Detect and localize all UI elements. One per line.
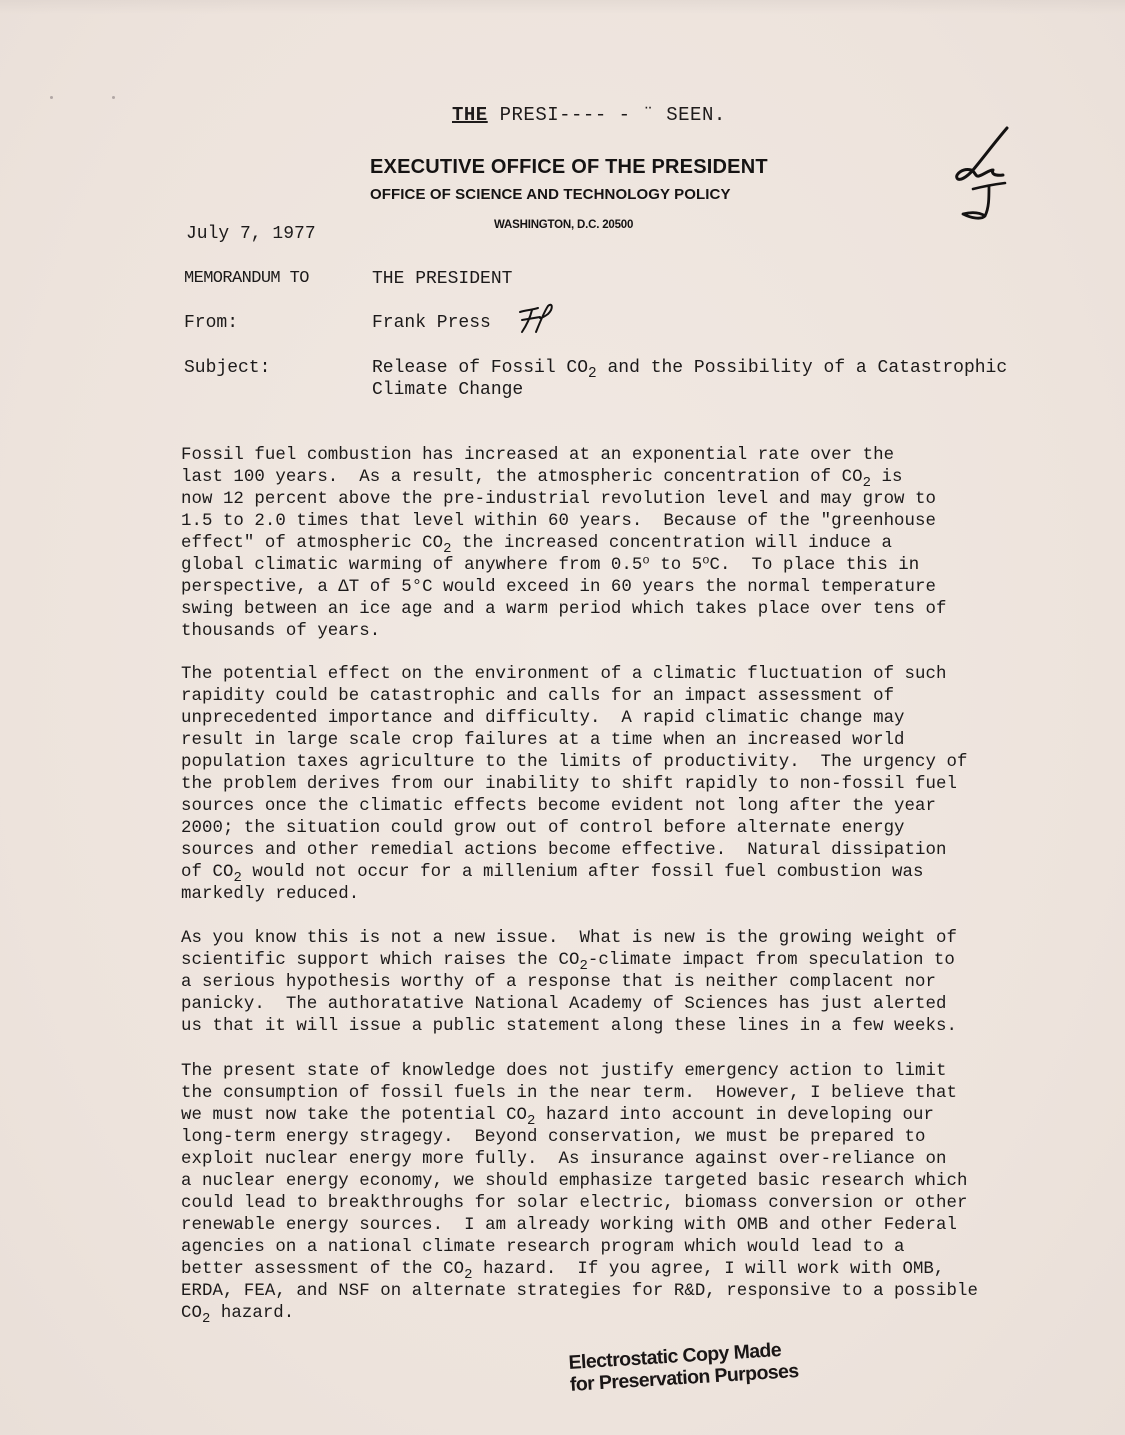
text-line: us that it will issue a public statement… xyxy=(181,1016,1041,1038)
president-seen-stamp: THE PRESI‐‐‐‐ ‐ ¨ SEEN. xyxy=(452,104,726,126)
punch-mark xyxy=(112,96,115,99)
memo-to-label: MEMORANDUM TO xyxy=(184,268,309,290)
subject-text: and the Possibility of a Catastrophic xyxy=(597,358,1007,378)
stamp-text: PRESI‐‐‐‐ ‐ ¨ SEEN. xyxy=(488,104,726,126)
text-line: we must now take the potential CO2 hazar… xyxy=(181,1105,1041,1127)
letterhead-address: WASHINGTON, D.C. 20500 xyxy=(494,219,633,231)
text-line: Fossil fuel combustion has increased at … xyxy=(181,445,1041,467)
text-run: we must now take the potential CO xyxy=(181,1106,527,1125)
text-line: swing between an ice age and a warm peri… xyxy=(181,599,1041,621)
text-run: better assessment of the CO xyxy=(181,1260,464,1279)
preservation-stamp: Electrostatic Copy Made for Preservation… xyxy=(568,1338,799,1396)
punch-mark xyxy=(50,96,53,99)
text-line: global climatic warming of anywhere from… xyxy=(181,555,1041,577)
text-line: CO2 hazard. xyxy=(181,1303,1041,1325)
text-line: ERDA, FEA, and NSF on alternate strategi… xyxy=(181,1281,1041,1303)
text-line: could lead to breakthroughs for solar el… xyxy=(181,1193,1041,1215)
text-run: hazard. xyxy=(210,1304,294,1323)
text-run: effect" of atmospheric CO xyxy=(181,534,443,553)
paragraph-3: As you know this is not a new issue. Wha… xyxy=(181,928,1041,1038)
subscript: 2 xyxy=(588,366,597,382)
text-run: hazard. If you agree, I will work with O… xyxy=(473,1260,945,1279)
text-line: exploit nuclear energy more fully. As in… xyxy=(181,1149,1041,1171)
text-line: thousands of years. xyxy=(181,621,1041,643)
text-line: long-term energy stragegy. Beyond conser… xyxy=(181,1127,1041,1149)
memo-subject-label: Subject: xyxy=(184,357,270,379)
text-line: result in large scale crop failures at a… xyxy=(181,730,1041,752)
text-line: scientific support which raises the CO2-… xyxy=(181,950,1041,972)
text-run: hazard into account in developing our xyxy=(535,1106,933,1125)
text-line: a serious hypothesis worthy of a respons… xyxy=(181,972,1041,994)
text-run: global climatic warming of anywhere from… xyxy=(181,556,642,575)
text-run: is xyxy=(871,468,902,487)
text-run: would not occur for a millenium after fo… xyxy=(242,863,924,882)
text-line: a nuclear energy economy, we should emph… xyxy=(181,1171,1041,1193)
memo-from-value: Frank Press xyxy=(372,312,491,334)
text-run: -climate impact from speculation to xyxy=(588,951,955,970)
text-line: The potential effect on the environment … xyxy=(181,664,1041,686)
memo-date: July 7, 1977 xyxy=(186,224,316,244)
text-line: better assessment of the CO2 hazard. If … xyxy=(181,1259,1041,1281)
text-line: effect" of atmospheric CO2 the increased… xyxy=(181,533,1041,555)
letterhead-ostp: OFFICE OF SCIENCE AND TECHNOLOGY POLICY xyxy=(370,186,731,203)
subject-text: Release of Fossil CO xyxy=(372,358,588,378)
paragraph-1: Fossil fuel combustion has increased at … xyxy=(181,445,1041,643)
paragraph-4: The present state of knowledge does not … xyxy=(181,1061,1041,1325)
superscript: o xyxy=(702,554,709,568)
text-line: the consumption of fossil fuels in the n… xyxy=(181,1083,1041,1105)
text-run: CO xyxy=(181,1304,202,1323)
text-line: unprecedented importance and difficulty.… xyxy=(181,708,1041,730)
handwritten-fp-initials-icon xyxy=(516,302,556,336)
memo-subject-line2: Climate Change xyxy=(372,379,523,401)
text-run: scientific support which raises the CO xyxy=(181,951,579,970)
paragraph-2: The potential effect on the environment … xyxy=(181,664,1041,906)
text-line: sources once the climatic effects become… xyxy=(181,796,1041,818)
text-line: population taxes agriculture to the limi… xyxy=(181,752,1041,774)
text-line: perspective, a ΔT of 5°C would exceed in… xyxy=(181,577,1041,599)
text-line: 1.5 to 2.0 times that level within 60 ye… xyxy=(181,511,1041,533)
text-run: the increased concentration will induce … xyxy=(452,534,892,553)
letterhead-executive-office: EXECUTIVE OFFICE OF THE PRESIDENT xyxy=(370,156,768,179)
text-line: renewable energy sources. I am already w… xyxy=(181,1215,1041,1237)
text-line: now 12 percent above the pre-industrial … xyxy=(181,489,1041,511)
text-line: The present state of knowledge does not … xyxy=(181,1061,1041,1083)
text-line: panicky. The authoratative National Acad… xyxy=(181,994,1041,1016)
text-line: last 100 years. As a result, the atmosph… xyxy=(181,467,1041,489)
memo-page: THE PRESI‐‐‐‐ ‐ ¨ SEEN. EXECUTIVE OFFICE… xyxy=(0,0,1125,1435)
text-run: C. To place this in xyxy=(710,556,920,575)
text-line: As you know this is not a new issue. Wha… xyxy=(181,928,1041,950)
text-run: last 100 years. As a result, the atmosph… xyxy=(181,468,863,487)
text-line: the problem derives from our inability t… xyxy=(181,774,1041,796)
memo-subject-value: Release of Fossil CO2 and the Possibilit… xyxy=(372,357,1007,379)
text-line: rapidity could be catastrophic and calls… xyxy=(181,686,1041,708)
text-line: of CO2 would not occur for a millenium a… xyxy=(181,862,1041,884)
memo-to-value: THE PRESIDENT xyxy=(372,268,512,290)
text-line: agencies on a national climate research … xyxy=(181,1237,1041,1259)
stamp-prefix: THE xyxy=(452,104,488,126)
memo-from-label: From: xyxy=(184,312,238,334)
superscript: o xyxy=(642,554,649,568)
handwritten-initials-icon xyxy=(945,120,1025,230)
text-line: markedly reduced. xyxy=(181,884,1041,906)
text-line: 2000; the situation could grow out of co… xyxy=(181,818,1041,840)
text-run: to 5 xyxy=(650,556,702,575)
text-line: sources and other remedial actions becom… xyxy=(181,840,1041,862)
text-run: of CO xyxy=(181,863,233,882)
